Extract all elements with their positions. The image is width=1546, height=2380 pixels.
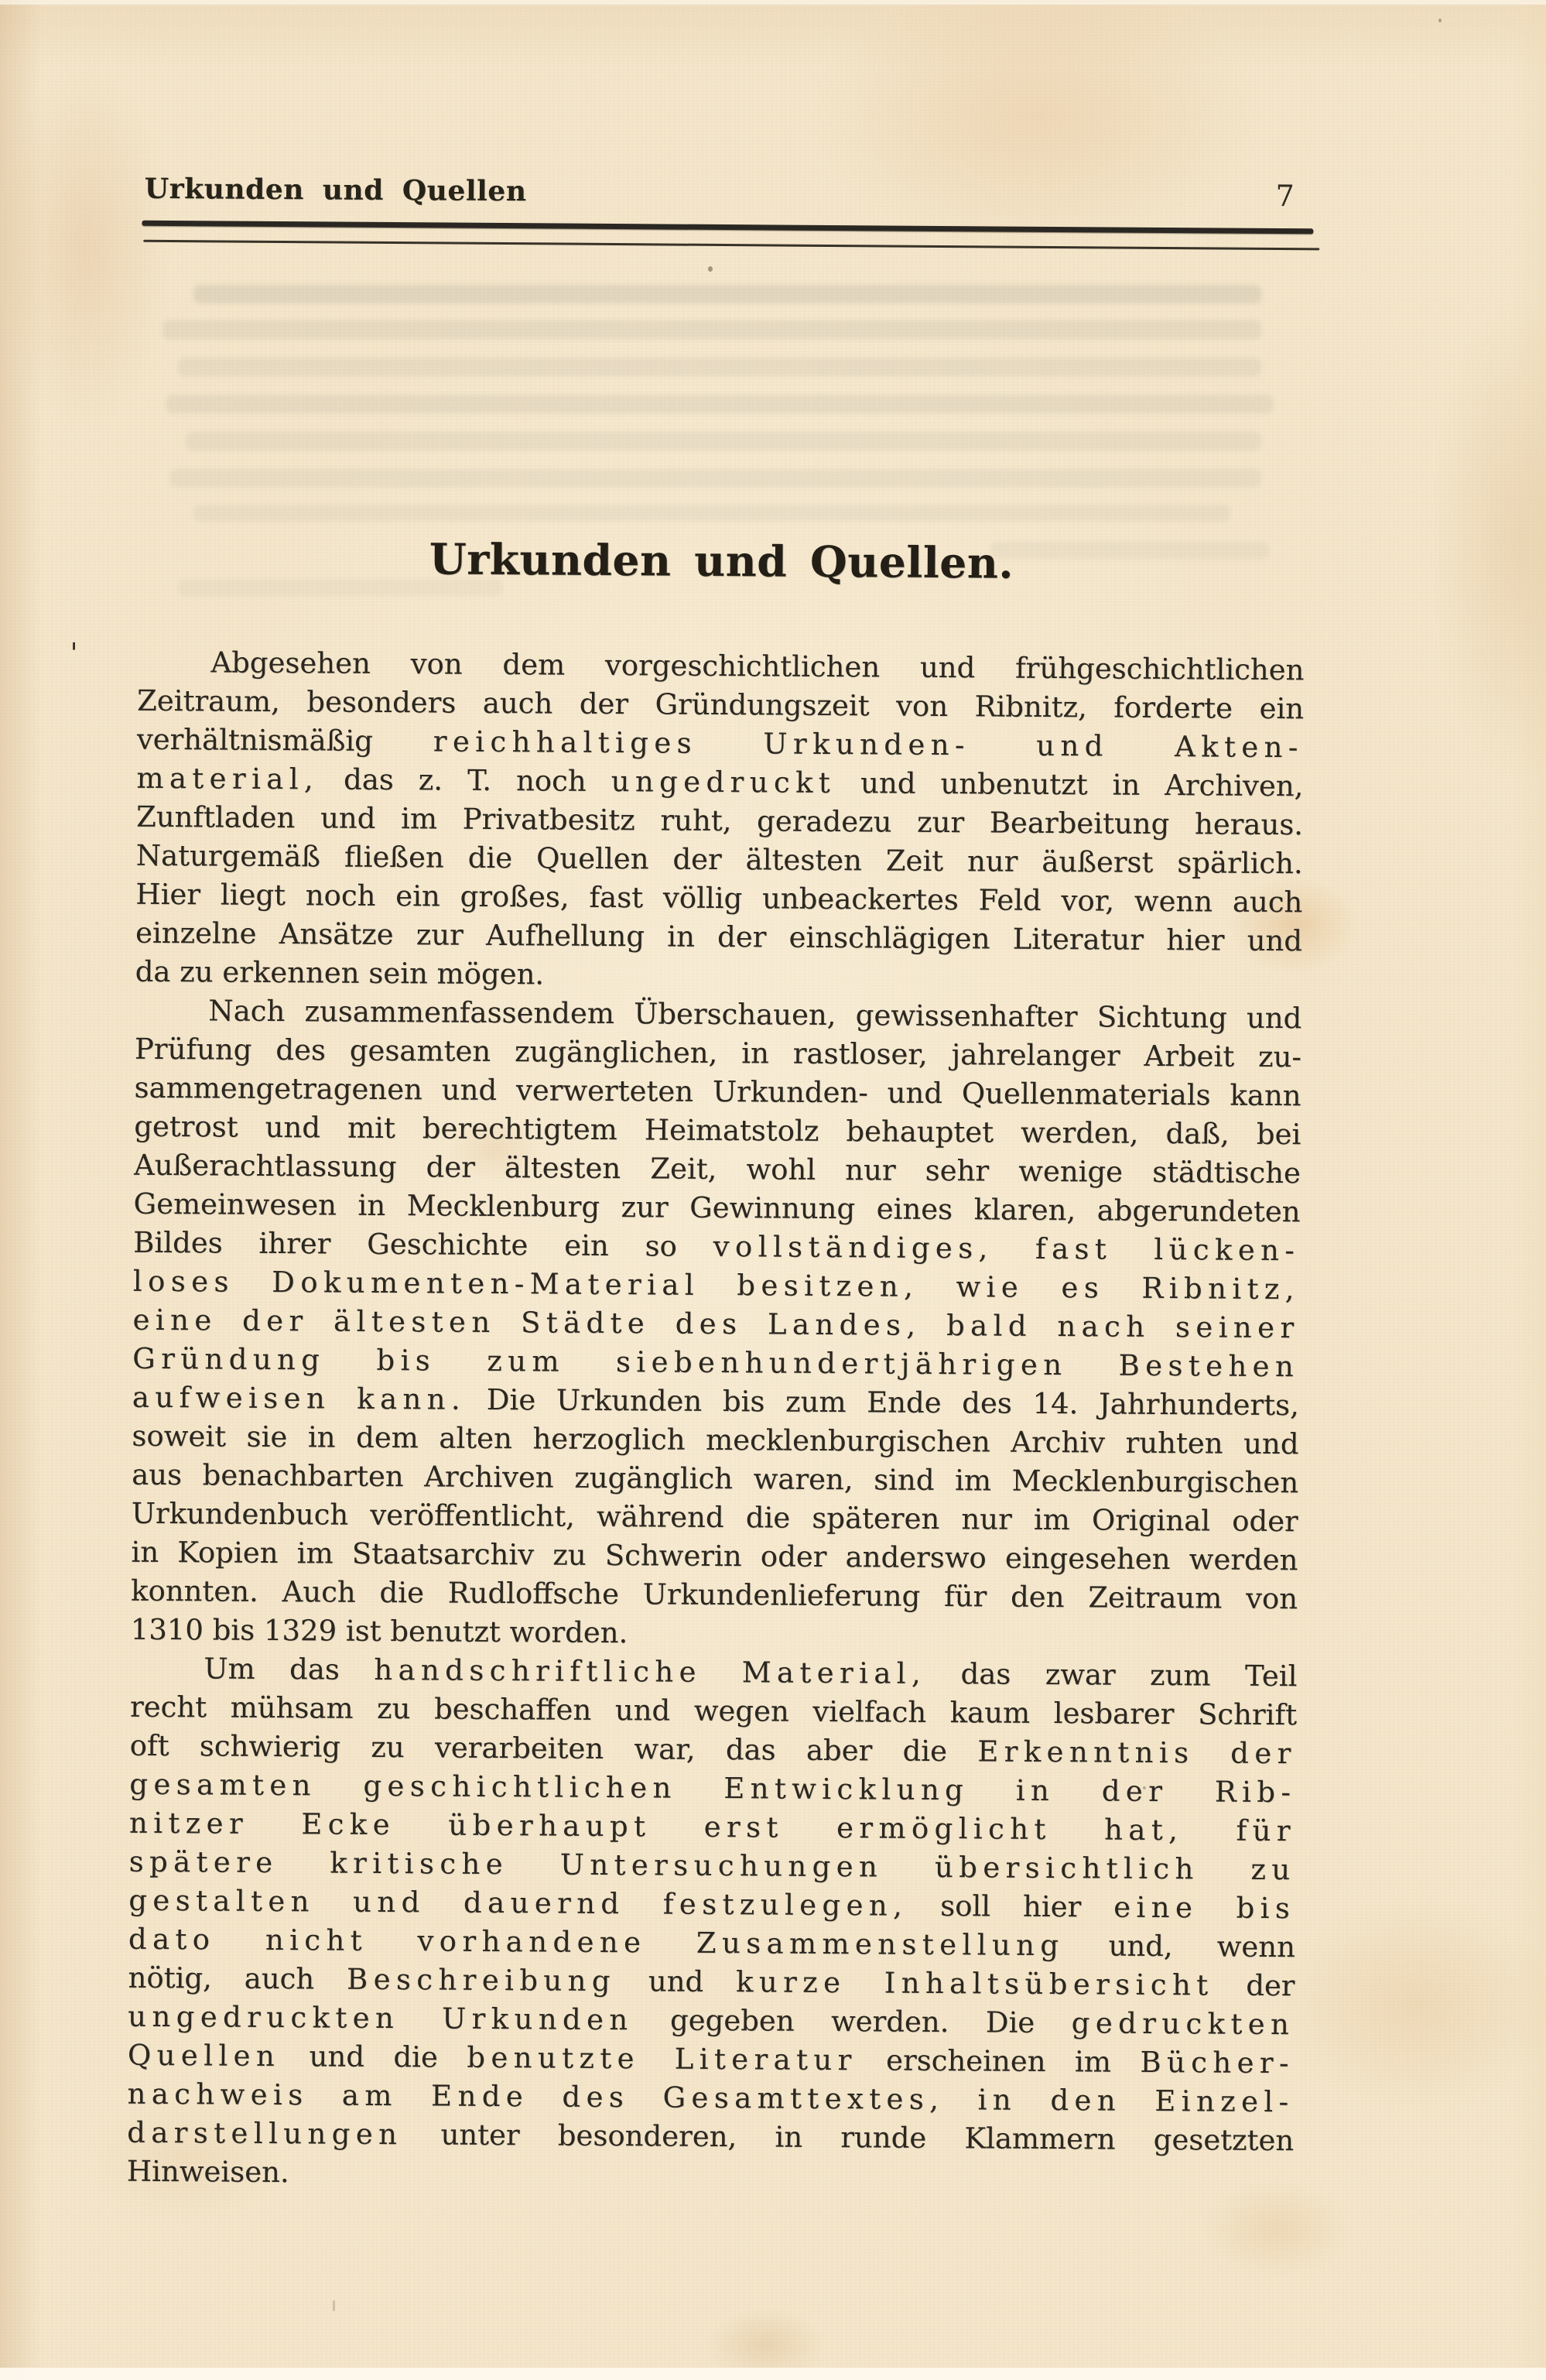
text-segment: nötig, auch bbox=[128, 1961, 347, 1996]
text-line: Hinweisen. bbox=[127, 2152, 1294, 2200]
gesperrt-text-segment: nitzer Ecke überhaupt erst ermöglicht ha… bbox=[129, 1806, 1296, 1848]
gesperrt-text-segment: eine bis bbox=[1113, 1891, 1295, 1926]
gesperrt-text-segment: kurze Inhaltsübersicht bbox=[736, 1965, 1214, 2002]
text-segment: und unbenutzt in Archiven, bbox=[836, 766, 1304, 803]
running-header: Urkunden und Quellen 7 bbox=[145, 171, 1305, 213]
text-segment: Zeitraum, besonders auch der Gründungsze… bbox=[137, 684, 1304, 726]
text-segment: unter besonderen, in runde Klammern gese… bbox=[402, 2118, 1294, 2157]
gesperrt-text-segment: ungedruckt bbox=[611, 765, 836, 800]
text-segment: und, wenn bbox=[1064, 1929, 1295, 1964]
text-segment: gegeben werden. Die bbox=[633, 2003, 1071, 2039]
gesperrt-text-segment: Bücher- bbox=[1140, 2046, 1295, 2080]
text-segment: Um das bbox=[204, 1652, 374, 1687]
text-segment: soweit sie in dem alten herzoglich meckl… bbox=[132, 1419, 1298, 1461]
text-segment: verhältnismäßig bbox=[137, 723, 433, 759]
text-segment: sammengetragenen und verwerteten Urkunde… bbox=[134, 1071, 1301, 1113]
gesperrt-text-segment: gesamten geschichtlichen Entwicklung in … bbox=[129, 1768, 1296, 1810]
text-segment: soll hier bbox=[908, 1889, 1113, 1924]
text-segment: Nach zusammenfassendem Überschauen, gewi… bbox=[208, 994, 1301, 1035]
scanned-book-page: Urkunden und Quellen 7 Urkunden und Quel… bbox=[0, 0, 1546, 2380]
scan-edge-bottom bbox=[0, 2368, 1546, 2380]
text-segment: Die Urkunden bis zum Ende des 14. Jahrhu… bbox=[466, 1383, 1299, 1423]
header-rule-thick bbox=[142, 221, 1313, 235]
scan-edge-top bbox=[0, 0, 1546, 5]
gesperrt-text-segment: aufweisen kann. bbox=[132, 1381, 467, 1416]
gesperrt-text-segment: nachweis am Ende des Gesamttextes, in de… bbox=[127, 2077, 1294, 2119]
header-rule-thin bbox=[143, 240, 1319, 251]
text-segment: erscheinen im bbox=[857, 2043, 1141, 2079]
gesperrt-text-segment: Beschreibung bbox=[347, 1963, 616, 1998]
text-segment: und die bbox=[280, 2039, 467, 2074]
gesperrt-text-segment: gestalten und dauernd festzulegen, bbox=[128, 1884, 908, 1923]
text-segment: da zu erkennen sein mögen. bbox=[135, 955, 545, 991]
text-segment: Hier liegt noch ein großes, fast völlig … bbox=[135, 878, 1302, 919]
text-segment: Zunftladen und im Privatbesitz ruht, ger… bbox=[136, 800, 1303, 842]
text-segment: Prüfung des gesamten zugänglichen, in ra… bbox=[135, 1032, 1301, 1074]
text-segment: Hinweisen. bbox=[127, 2155, 289, 2189]
paragraph: Nach zusammenfassendem Überschauen, gewi… bbox=[131, 991, 1302, 1658]
text-segment: und bbox=[616, 1964, 736, 1998]
text-segment: Urkundenbuch veröffentlicht, während die… bbox=[132, 1497, 1298, 1539]
text-segment: der bbox=[1213, 1968, 1295, 2002]
text-segment: in Kopien im Staatsarchiv zu Schwerin od… bbox=[131, 1536, 1298, 1577]
gesperrt-text-segment: reichhaltiges Urkunden- und Akten- bbox=[433, 724, 1304, 764]
gesperrt-text-segment: gedruckten bbox=[1072, 2006, 1295, 2041]
gesperrt-text-segment: Quellen bbox=[128, 2039, 281, 2073]
gesperrt-text-segment: dato nicht vorhandene Zusammenstellung bbox=[128, 1923, 1065, 1962]
gesperrt-text-segment: ungedruckten Urkunden bbox=[128, 2000, 634, 2037]
gesperrt-text-segment: Erkenntnis der bbox=[977, 1734, 1297, 1770]
paragraph: Abgesehen von dem vorgeschichtlichen und… bbox=[135, 643, 1305, 1000]
text-segment: konnten. Auch die Rudloffsche Urkundenli… bbox=[131, 1574, 1298, 1616]
stray-margin-mark: ' bbox=[70, 638, 77, 669]
page-content: Urkunden und Quellen 7 Urkunden und Quel… bbox=[0, 0, 1546, 2380]
gesperrt-text-segment: darstellungen bbox=[127, 2116, 402, 2151]
gesperrt-text-segment: material, bbox=[136, 762, 319, 796]
gesperrt-text-segment: spätere kritische Untersuchungen übersic… bbox=[129, 1845, 1296, 1887]
text-segment: getrost und mit berechtigtem Heimatstolz… bbox=[134, 1110, 1301, 1152]
text-line: darstellungen unter besonderen, in runde… bbox=[127, 2114, 1294, 2161]
page-number: 7 bbox=[1275, 179, 1305, 213]
text-segment: Gemeinwesen in Mecklenburg zur Gewinnung… bbox=[133, 1187, 1300, 1229]
text-block: Abgesehen von dem vorgeschichtlichen und… bbox=[127, 643, 1305, 2199]
text-segment: Bildes ihrer Geschichte ein so bbox=[133, 1226, 713, 1263]
text-segment: Abgesehen von dem vorgeschichtlichen und… bbox=[210, 646, 1304, 687]
gesperrt-text-segment: loses Dokumenten-Material besitzen, wie … bbox=[133, 1265, 1300, 1306]
text-segment: aus benachbarten Archiven zugänglich war… bbox=[132, 1458, 1298, 1500]
gesperrt-text-segment: handschriftliche Material, bbox=[374, 1653, 926, 1690]
gesperrt-text-segment: benutzte Literatur bbox=[467, 2041, 857, 2077]
text-segment: Außerachtlassung der ältesten Zeit, wohl… bbox=[134, 1149, 1301, 1190]
text-segment: das z. T. noch bbox=[319, 762, 611, 798]
paragraph: Um das handschriftliche Material, das zw… bbox=[127, 1649, 1298, 2200]
text-segment: Naturgemäß fließen die Quellen der ältes… bbox=[136, 839, 1303, 881]
gesperrt-text-segment: Gründung bis zum siebenhundertjährigen B… bbox=[132, 1342, 1299, 1384]
gesperrt-text-segment: eine der ältesten Städte des Landes, bal… bbox=[132, 1303, 1299, 1345]
text-segment: einzelne Ansätze zur Aufhellung in der e… bbox=[135, 916, 1302, 958]
text-segment: recht mühsam zu beschaffen und wegen vie… bbox=[130, 1690, 1297, 1732]
text-segment: das zwar zum Teil bbox=[926, 1657, 1298, 1693]
page-title: Urkunden und Quellen. bbox=[138, 532, 1305, 591]
text-segment: 1310 bis 1329 ist benutzt worden. bbox=[131, 1613, 628, 1649]
text-segment: oft schwierig zu verarbeiten war, das ab… bbox=[130, 1729, 978, 1769]
running-header-title: Urkunden und Quellen bbox=[145, 173, 527, 207]
gesperrt-text-segment: vollständiges, fast lücken- bbox=[713, 1230, 1301, 1267]
